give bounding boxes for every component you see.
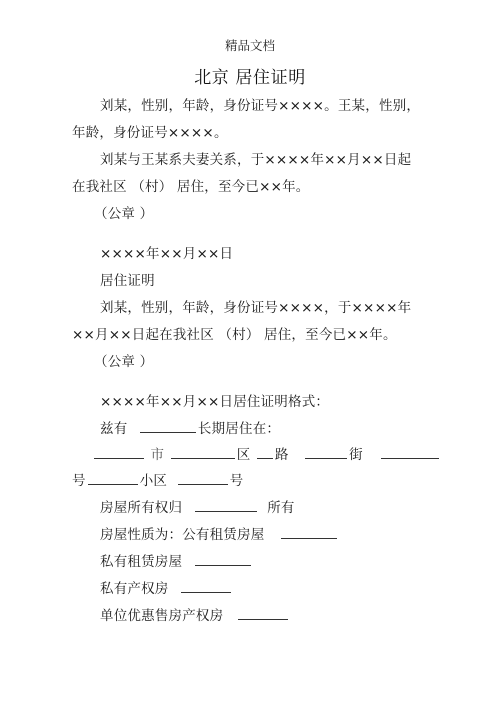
seal-label: （公章 ）: [94, 205, 153, 223]
district-blank[interactable]: [171, 446, 235, 459]
paragraph-line: 在我社区 （村） 居住，至今已××年。: [72, 178, 310, 196]
private-property-label: 私有产权房: [100, 581, 169, 597]
paragraph-line: 刘某，性别，年龄，身份证号××××，于××××年: [100, 299, 411, 317]
private-rental-blank[interactable]: [195, 553, 251, 566]
form-line-option: 私有产权房: [100, 580, 233, 598]
district-label: 区: [237, 447, 251, 463]
house-number-label: 号: [230, 473, 244, 489]
label-suffix: 长期居住在：: [198, 421, 280, 437]
date-line: ××××年××月××日: [100, 245, 233, 263]
street-label: 街: [349, 447, 363, 463]
section-heading: 居住证明: [100, 272, 155, 290]
number-blank[interactable]: [381, 446, 439, 459]
unit-discount-blank[interactable]: [238, 607, 288, 620]
number-label: 号: [72, 473, 86, 489]
city-label: 市: [151, 447, 165, 463]
road-label: 路: [275, 447, 289, 463]
ownership-label: 房屋所有权归: [100, 500, 182, 516]
document-title: 北京 居住证明: [0, 67, 500, 89]
seal-label: （公章 ）: [94, 353, 153, 371]
paragraph-line: 刘某，性别，年龄，身份证号××××。王某，性别，: [100, 97, 420, 115]
paragraph-line: ××月××日起在我社区 （村） 居住，至今已××年。: [72, 326, 397, 344]
form-line-option: 单位优惠售房产权房: [100, 607, 290, 625]
community-label: 小区: [140, 473, 167, 489]
paragraph-line: 年龄，身份证号××××。: [72, 124, 228, 142]
house-number-blank[interactable]: [178, 472, 228, 485]
name-blank[interactable]: [140, 420, 196, 433]
community-blank[interactable]: [88, 472, 138, 485]
road-blank[interactable]: [257, 446, 273, 459]
owner-blank[interactable]: [195, 499, 257, 512]
private-property-blank[interactable]: [181, 580, 231, 593]
page-header: 精品文档: [0, 38, 500, 54]
form-line-name: 兹有 长期居住在：: [100, 420, 280, 438]
label-prefix: 兹有: [100, 421, 127, 437]
public-rental-blank[interactable]: [281, 526, 337, 539]
street-blank[interactable]: [305, 446, 347, 459]
form-line-address: 市 区 路 街: [92, 446, 441, 464]
form-line-ownership: 房屋所有权归 所有: [100, 499, 295, 517]
ownership-suffix: 所有: [267, 500, 294, 516]
form-line-community: 号小区 号: [72, 472, 243, 490]
city-blank[interactable]: [94, 446, 144, 459]
format-title: ××××年××月××日居住证明格式：: [100, 393, 329, 411]
document-page: 精品文档 北京 居住证明 刘某，性别，年龄，身份证号××××。王某，性别， 年龄…: [0, 0, 500, 708]
form-line-property-type: 房屋性质为：公有租赁房屋: [100, 526, 339, 544]
paragraph-line: 刘某与王某系夫妻关系，于××××年××月××日起: [100, 151, 411, 169]
private-rental-label: 私有租赁房屋: [100, 554, 182, 570]
unit-discount-label: 单位优惠售房产权房: [100, 608, 223, 624]
property-type-label: 房屋性质为：公有租赁房屋: [100, 527, 264, 543]
form-line-option: 私有租赁房屋: [100, 553, 253, 571]
